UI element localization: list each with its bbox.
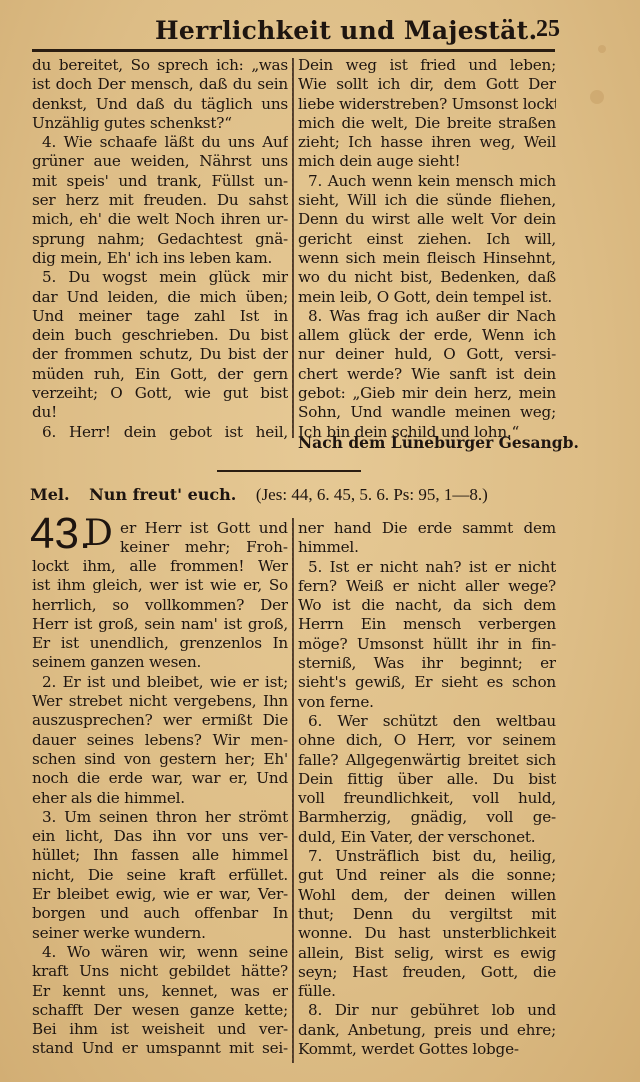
text-line: zieht; Ich hasse ihren weg, Weil	[298, 133, 556, 152]
text-line: Wie sollt ich dir, dem Gott Der	[298, 75, 556, 94]
hymnal-page: Herrlichkeit und Majestät. 25 du bereite…	[0, 0, 640, 1082]
text-line: möge? Umsonst hüllt ihr in fin-	[298, 635, 556, 654]
text-line: mein leib, O Gott, dein tempel ist.	[298, 288, 556, 307]
hymn-first-lines: er Herr ist Gott undkeiner mehr; Froh-	[120, 519, 288, 558]
text-line: müden ruh, Ein Gott, der gern	[32, 365, 288, 384]
text-line: 8. Was frag ich außer dir Nach	[298, 307, 556, 326]
text-line: 5. Du wogst mein glück mir	[32, 268, 288, 287]
melody-line: Mel. Nun freut' euch. (Jes: 44, 6. 45, 5…	[30, 485, 560, 505]
text-line: wo du nicht bist, Bedenken, daß	[298, 268, 556, 287]
text-line: dein buch geschrieben. Du bist	[32, 326, 288, 345]
text-line: duld, Ein Vater, der verschonet.	[298, 828, 556, 847]
text-line: von ferne.	[298, 693, 556, 712]
text-line: ohne dich, O Herr, vor seinem	[298, 731, 556, 750]
text-line: kraft Uns nicht gebildet hätte?	[32, 962, 288, 981]
text-line: eher als die himmel.	[32, 789, 288, 808]
text-line: 6. Wer schützt den weltbau	[298, 712, 556, 731]
text-line: dar Und leiden, die mich üben;	[32, 288, 288, 307]
text-line: ein licht, Das ihn vor uns ver-	[32, 827, 288, 846]
section-rule	[217, 470, 361, 472]
header-rule	[32, 49, 555, 52]
text-line: dig mein, Eh' ich ins leben kam.	[32, 249, 288, 268]
scripture-reference: (Jes: 44, 6. 45, 5. 6. Ps: 95, 1—8.)	[256, 485, 488, 504]
text-line: Und meiner tage zahl Ist in	[32, 307, 288, 326]
text-line: liebe widerstreben? Umsonst lockt	[298, 95, 556, 114]
text-line: allein, Bist selig, wirst es ewig	[298, 944, 556, 963]
text-line: nur deiner huld, O Gott, versi-	[298, 345, 556, 364]
text-line: 5. Ist er nicht nah? ist er nicht	[298, 558, 556, 577]
paper-stain	[598, 45, 606, 53]
text-line: Dein weg ist fried und leben;	[298, 56, 556, 75]
text-line: dank, Anbetung, preis und ehre;	[298, 1021, 556, 1040]
text-line: du bereitet, So sprech ich: „was	[32, 56, 288, 75]
text-line: ser herz mit freuden. Du sahst	[32, 191, 288, 210]
text-line: mich die welt, Die breite straßen	[298, 114, 556, 133]
hymn-number: 43.	[30, 512, 91, 556]
text-line: sprung nahm; Gedachtest gnä-	[32, 230, 288, 249]
text-line: 7. Auch wenn kein mensch mich	[298, 172, 556, 191]
text-line: Er ist unendlich, grenzenlos In	[32, 634, 288, 653]
text-line: thut; Denn du vergiltst mit	[298, 905, 556, 924]
text-line: Herrn Ein mensch verbergen	[298, 615, 556, 634]
text-line: Kommt, werdet Gottes lobge-	[298, 1040, 556, 1059]
text-line: Wohl dem, der deinen willen	[298, 886, 556, 905]
text-line: verzeiht; O Gott, wie gut bist	[32, 384, 288, 403]
paper-stain	[590, 90, 604, 104]
upper-right-column: Dein weg ist fried und leben;Wie sollt i…	[298, 56, 556, 442]
text-line: gericht einst ziehen. Ich will,	[298, 230, 556, 249]
text-line: denkst, Und daß du täglich uns	[32, 95, 288, 114]
text-line: du!	[32, 403, 288, 422]
text-line: wonne. Du hast unsterblichkeit	[298, 924, 556, 943]
hymn-left-column: lockt ihm, alle frommen! Werist ihm glei…	[32, 557, 288, 1059]
text-line: hüllet; Ihn fassen alle himmel	[32, 846, 288, 865]
text-line: Unzählig gutes schenkst?“	[32, 114, 288, 133]
upper-left-column: du bereitet, So sprech ich: „wasist doch…	[32, 56, 288, 442]
text-line: der frommen schutz, Du bist der	[32, 345, 288, 364]
page-title: Herrlichkeit und Majestät.	[155, 16, 537, 45]
column-divider	[292, 58, 294, 438]
text-line: fülle.	[298, 982, 556, 1001]
text-line: falle? Allgegenwärtig breitet sich	[298, 751, 556, 770]
text-line: grüner aue weiden, Nährst uns	[32, 152, 288, 171]
text-line: wenn sich mein fleisch Hinsehnt,	[298, 249, 556, 268]
text-line: Sohn, Und wandle meinen weg;	[298, 403, 556, 422]
text-line: stand Und er umspannt mit sei-	[32, 1039, 288, 1058]
text-line: 7. Unsträflich bist du, heilig,	[298, 847, 556, 866]
text-line: seinem ganzen wesen.	[32, 653, 288, 672]
text-line: Barmherzig, gnädig, voll ge-	[298, 808, 556, 827]
text-line: voll freundlichkeit, voll huld,	[298, 789, 556, 808]
text-line: auszusprechen? wer ermißt Die	[32, 711, 288, 730]
text-line: sterniß, Was ihr beginnt; er	[298, 654, 556, 673]
text-line: sieht's gewiß, Er sieht es schon	[298, 673, 556, 692]
text-line: 2. Er ist und bleibet, wie er ist;	[32, 673, 288, 692]
text-line: seyn; Hast freuden, Gott, die	[298, 963, 556, 982]
hymn-right-column: ner hand Die erde sammt demhimmel.5. Ist…	[298, 519, 556, 1059]
text-line: dauer seines lebens? Wir men-	[32, 731, 288, 750]
text-line: himmel.	[298, 538, 556, 557]
text-line: borgen und auch offenbar In	[32, 904, 288, 923]
text-line: ner hand Die erde sammt dem	[298, 519, 556, 538]
running-header: Herrlichkeit und Majestät. 25	[30, 10, 560, 46]
text-line: gut Und reiner als die sonne;	[298, 866, 556, 885]
text-line: 8. Dir nur gebühret lob und	[298, 1001, 556, 1020]
melody-tune: Nun freut' euch.	[89, 485, 236, 504]
text-line: Wo ist die nacht, da sich dem	[298, 596, 556, 615]
text-line: mit speis' und trank, Füllst un-	[32, 172, 288, 191]
text-line: schen sind von gestern her; Eh'	[32, 750, 288, 769]
text-line: Bei ihm ist weisheit und ver-	[32, 1020, 288, 1039]
page-number: 25	[536, 16, 560, 43]
text-line: sieht, Will ich die sünde fliehen,	[298, 191, 556, 210]
text-line: Denn du wirst alle welt Vor dein	[298, 210, 556, 229]
text-line: 6. Herr! dein gebot ist heil,	[32, 423, 288, 442]
text-line: ist doch Der mensch, daß du sein	[32, 75, 288, 94]
text-line: keiner mehr; Froh-	[120, 538, 288, 557]
text-line: ist ihm gleich, wer ist wie er, So	[32, 576, 288, 595]
text-line: 4. Wie schaafe läßt du uns Auf	[32, 133, 288, 152]
text-line: 4. Wo wären wir, wenn seine	[32, 943, 288, 962]
source-credit: Nach dem Lüneburger Gesangb.	[298, 433, 556, 452]
text-line: Er kennt uns, kennet, was er	[32, 982, 288, 1001]
text-line: schafft Der wesen ganze kette;	[32, 1001, 288, 1020]
text-line: herrlich, so vollkommen? Der	[32, 596, 288, 615]
text-line: seiner werke wundern.	[32, 924, 288, 943]
text-line: noch die erde war, war er, Und	[32, 769, 288, 788]
melody-label: Mel.	[30, 485, 70, 504]
text-line: er Herr ist Gott und	[120, 519, 288, 538]
text-line: lockt ihm, alle frommen! Wer	[32, 557, 288, 576]
drop-cap: D	[84, 516, 113, 552]
text-line: Er bleibet ewig, wie er war, Ver-	[32, 885, 288, 904]
text-line: Dein fittig über alle. Du bist	[298, 770, 556, 789]
text-line: fern? Weiß er nicht aller wege?	[298, 577, 556, 596]
text-line: chert werde? Wie sanft ist dein	[298, 365, 556, 384]
text-line: mich, eh' die welt Noch ihren ur-	[32, 210, 288, 229]
text-line: nicht, Die seine kraft erfüllet.	[32, 866, 288, 885]
text-line: Herr ist groß, sein nam' ist groß,	[32, 615, 288, 634]
text-line: 3. Um seinen thron her strömt	[32, 808, 288, 827]
text-line: Wer strebet nicht vergebens, Ihn	[32, 692, 288, 711]
text-line: mich dein auge sieht!	[298, 152, 556, 171]
text-line: allem glück der erde, Wenn ich	[298, 326, 556, 345]
column-divider	[292, 518, 294, 1063]
text-line: gebot: „Gieb mir dein herz, mein	[298, 384, 556, 403]
